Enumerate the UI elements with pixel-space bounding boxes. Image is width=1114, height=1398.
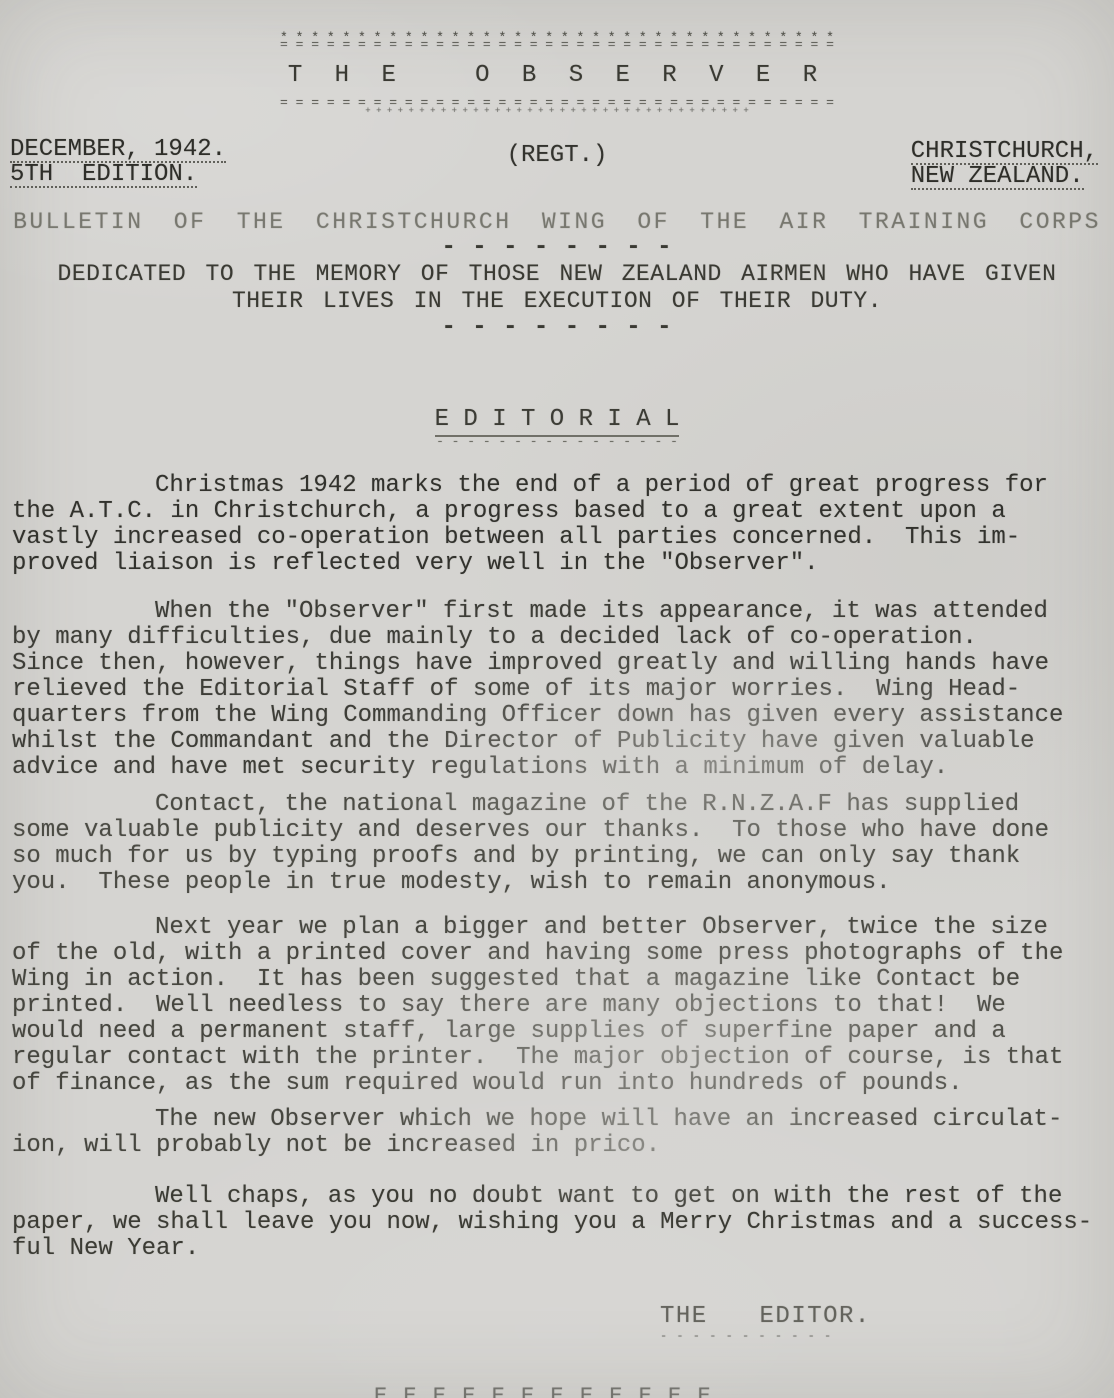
editorial-text-line: When the "Observer" first made its appea… <box>12 599 1107 625</box>
editorial-text-line: relieved the Editorial Staff of some of … <box>12 677 1107 703</box>
editorial-text-line: you. These people in true modesty, wish … <box>12 870 1107 896</box>
editorial-text-line: Well chaps, as you no doubt want to get … <box>12 1184 1107 1210</box>
editorial-paragraph: Next year we plan a bigger and better Ob… <box>12 915 1107 1097</box>
clipped-next-heading: E E E E E E E E E E E E <box>374 1386 734 1398</box>
editorial-heading-underline: - - - - - - - - - - - - - - - - <box>0 437 1114 447</box>
editorial-text-line: quarters from the Wing Commanding Office… <box>12 703 1107 729</box>
editorial-text-line: of finance, as the sum required would ru… <box>12 1071 1107 1097</box>
editorial-text-line: vastly increased co-operation between al… <box>12 525 1107 551</box>
editorial-text-line: proved liaison is reflected very well in… <box>12 551 1107 577</box>
editorial-text-line: printed. Well needless to say there are … <box>12 993 1107 1019</box>
document-page: * * * * * * * * * * * * * * * * * * * * … <box>0 0 1114 1398</box>
ornament-dashes-row: = = = = = = = = = = = = = = = = = = = = … <box>0 39 1114 51</box>
ornament-ticks-row: + + + + + + + + + + + + + + + + + + + + … <box>0 105 1114 117</box>
editorial-text-line: ful New Year. <box>12 1236 1107 1262</box>
bulletin-line: BULLETIN OF THE CHRISTCHURCH WING OF THE… <box>0 209 1114 235</box>
editor-signature-block: THE EDITOR. - - - - - - - - - - - <box>660 1303 871 1341</box>
editorial-text-line: regular contact with the printer. The ma… <box>12 1045 1107 1071</box>
dedication-line-1: DEDICATED TO THE MEMORY OF THOSE NEW ZEA… <box>0 261 1114 287</box>
masthead-ornament-bottom: = = = = = = = = = = = = = = = = = = = = … <box>0 97 1114 117</box>
editorial-text-line: Christmas 1942 marks the end of a period… <box>12 473 1107 499</box>
editorial-text-line: Since then, however, things have improve… <box>12 651 1107 677</box>
editorial-heading: E D I T O R I A L <box>435 406 680 437</box>
page-title: T H E O B S E R V E R <box>0 62 1114 89</box>
dedication-line-2: THEIR LIVES IN THE EXECUTION OF THEIR DU… <box>0 288 1114 314</box>
masthead-ornament-top: * * * * * * * * * * * * * * * * * * * * … <box>0 32 1114 51</box>
editor-signature: THE EDITOR. <box>660 1303 871 1330</box>
editorial-text-line: advice and have met security regulations… <box>12 755 1107 781</box>
editorial-paragraph: Christmas 1942 marks the end of a period… <box>12 473 1107 577</box>
editorial-heading-block: E D I T O R I A L - - - - - - - - - - - … <box>0 406 1114 447</box>
editorial-text-line: Contact, the national magazine of the R.… <box>12 792 1107 818</box>
editorial-text-line: some valuable publicity and deserves our… <box>12 818 1107 844</box>
separator-dashes: - - - - - - - - <box>0 234 1114 261</box>
editorial-paragraph: The new Observer which we hope will have… <box>12 1107 1107 1159</box>
editorial-text-line: Wing in action. It has been suggested th… <box>12 967 1107 993</box>
editorial-text-line: paper, we shall leave you now, wishing y… <box>12 1210 1107 1236</box>
issue-country: NEW ZEALAND. <box>911 165 1084 190</box>
editorial-paragraph: Contact, the national magazine of the R.… <box>12 792 1107 896</box>
editorial-text-line: by many difficulties, due mainly to a de… <box>12 625 1107 651</box>
editorial-text-line: The new Observer which we hope will have… <box>12 1107 1107 1133</box>
editorial-text-line: ion, will probably not be increased in p… <box>12 1133 1107 1159</box>
issue-block-right: CHRISTCHURCH, NEW ZEALAND. <box>911 140 1098 190</box>
editorial-text-line: would need a permanent staff, large supp… <box>12 1019 1107 1045</box>
editorial-text-line: Next year we plan a bigger and better Ob… <box>12 915 1107 941</box>
editorial-text-line: of the old, with a printed cover and hav… <box>12 941 1107 967</box>
editorial-paragraph: Well chaps, as you no doubt want to get … <box>12 1184 1107 1262</box>
editorial-text-line: so much for us by typing proofs and by p… <box>12 844 1107 870</box>
signature-underline: - - - - - - - - - - - <box>660 1331 871 1341</box>
editorial-paragraph: When the "Observer" first made its appea… <box>12 599 1107 781</box>
editorial-text-line: whilst the Commandant and the Director o… <box>12 729 1107 755</box>
editorial-text-line: the A.T.C. in Christchurch, a progress b… <box>12 499 1107 525</box>
separator-dashes: - - - - - - - - <box>0 314 1114 341</box>
issue-city: CHRISTCHURCH, <box>911 140 1098 165</box>
